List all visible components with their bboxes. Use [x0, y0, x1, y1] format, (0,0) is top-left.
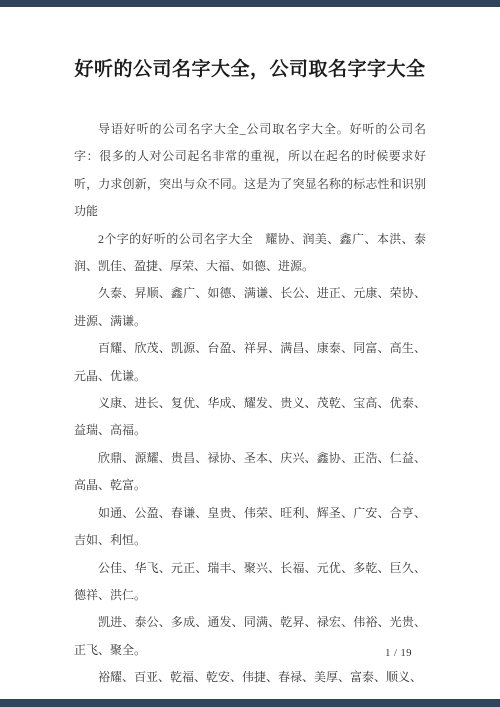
- paragraph: 如通、公盈、春谦、皇贵、伟荣、旺利、辉圣、广安、合亨、吉如、利恒。: [74, 500, 426, 555]
- paragraph: 2个字的好听的公司名字大全 耀协、润美、鑫广、本洪、泰润、凯佳、盈捷、厚荣、大福…: [74, 226, 426, 281]
- document-body: 导语好听的公司名字大全_公司取名字大全。好听的公司名字：很多的人对公司起名非常的…: [74, 116, 426, 692]
- document-page: 好听的公司名字大全，公司取名字字大全 导语好听的公司名字大全_公司取名字大全。好…: [0, 0, 500, 707]
- paragraph: 欣鼎、源耀、贵昌、禄协、圣本、庆兴、鑫协、正浩、仁益、高晶、乾富。: [74, 445, 426, 500]
- paragraph: 裕耀、百亚、乾福、乾安、伟捷、春禄、美厚、富泰、顺义、: [74, 664, 426, 691]
- paragraph: 公佳、华飞、元正、瑞丰、聚兴、长福、元优、多乾、巨久、德祥、洪仁。: [74, 555, 426, 610]
- paragraph: 义康、进长、复优、华成、耀发、贵义、茂乾、宝高、优泰、益瑞、高福。: [74, 390, 426, 445]
- page-title: 好听的公司名字大全，公司取名字字大全: [74, 56, 426, 84]
- paragraph: 百耀、欣茂、凯源、台盈、祥昇、满昌、康泰、同富、高生、元晶、优谦。: [74, 335, 426, 390]
- page-number: 1 / 19: [385, 648, 412, 659]
- page-content: 好听的公司名字大全，公司取名字字大全 导语好听的公司名字大全_公司取名字大全。好…: [0, 0, 500, 692]
- paragraph: 导语好听的公司名字大全_公司取名字大全。好听的公司名字：很多的人对公司起名非常的…: [74, 116, 426, 226]
- bottom-border-bar: [0, 699, 500, 707]
- paragraph: 凯进、泰公、多成、通发、同满、乾昇、禄宏、伟裕、光贵、正飞、聚全。: [74, 609, 426, 664]
- paragraph: 久泰、昇顺、鑫广、如德、满谦、长公、进正、元康、荣协、进源、满谦。: [74, 280, 426, 335]
